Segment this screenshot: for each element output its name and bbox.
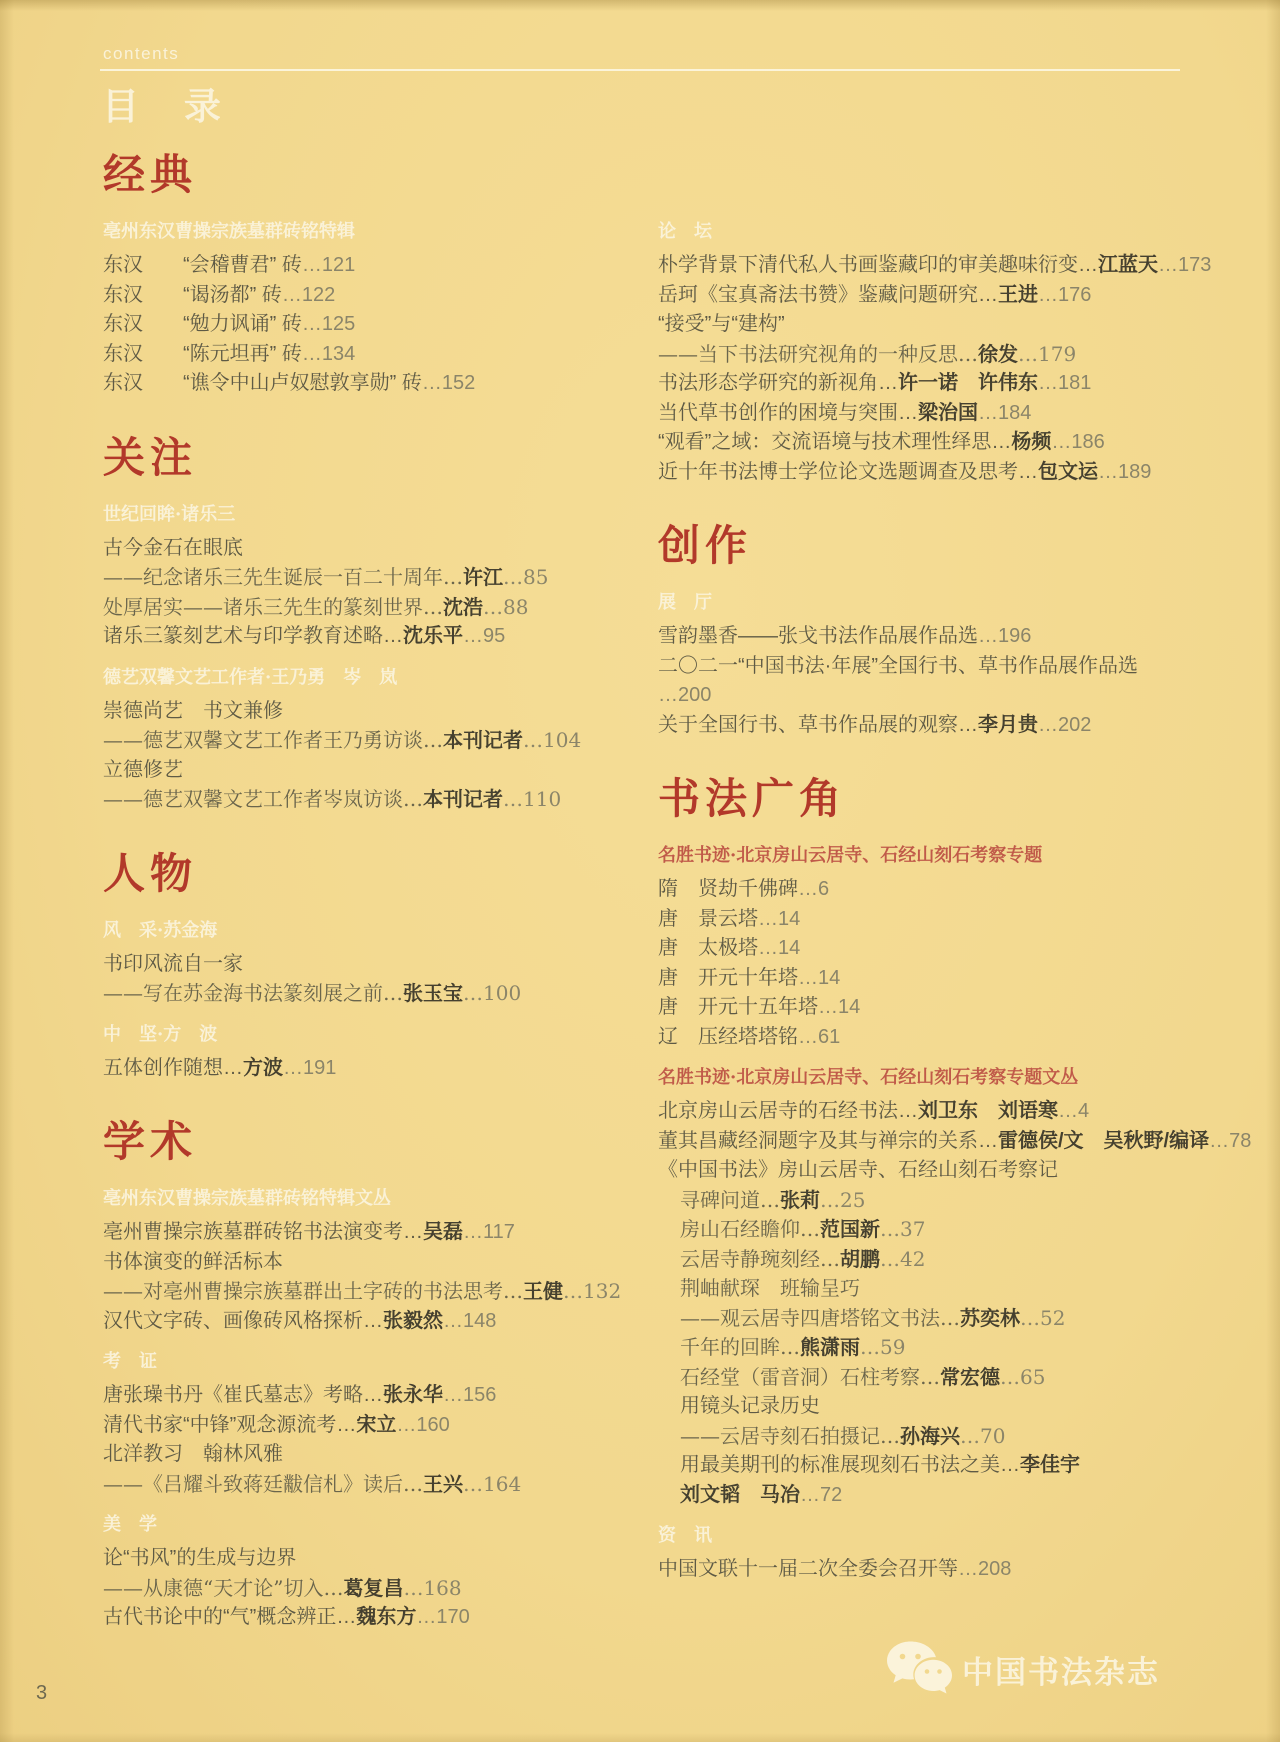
entry-page-number: …200 [658, 684, 711, 706]
entry-title: “观看”之域：交流语境与技术理性绎思… [658, 431, 1011, 453]
entry-title: 中国文联十一届二次全委会召开等 [658, 1558, 958, 1580]
entry-page-number: …148 [443, 1310, 496, 1332]
entry-title: ——观云居寺四唐塔铭文书法… [680, 1306, 960, 1330]
toc-column-right: 论 坛朴学背景下清代私人书画鉴藏印的审美趣味衍变…江蓝天…173岳珂《宝真斋法书… [658, 218, 1178, 1585]
entry-author: 江蓝天 [1098, 254, 1158, 276]
entry-title: 亳州曹操宗族墓群砖铭书法演变考… [103, 1221, 423, 1243]
toc-entry: 刘文韬 马冶…72 [658, 1481, 1178, 1511]
entry-author: 魏东方 [356, 1606, 416, 1628]
entry-author: 吴磊 [423, 1221, 463, 1243]
entry-title: 唐张璪书丹《崔氏墓志》考略… [103, 1384, 383, 1406]
entry-title: ——云居寺刻石拍摄记… [680, 1424, 900, 1448]
entry-title: 东汉 “陈元坦再” 砖 [103, 343, 302, 365]
entry-title: “接受”与“建构” [658, 313, 785, 335]
subsection-header: 亳州东汉曹操宗族墓群砖铭特辑 [103, 218, 663, 245]
entry-author: 刘文韬 马冶 [680, 1484, 800, 1506]
entry-title: 论“书风”的生成与边界 [103, 1547, 296, 1569]
entry-page-number: …164 [463, 1472, 521, 1496]
entry-title: 汉代文字砖、画像砖风格探析… [103, 1310, 383, 1332]
toc-entry: 二〇二一“中国书法·年展”全国行书、草书作品展作品选 [658, 652, 1178, 682]
entry-title: 关于全国行书、草书作品展的观察… [658, 714, 978, 736]
entry-page-number: …14 [758, 908, 800, 930]
entry-title: 唐 开元十五年塔 [658, 996, 818, 1018]
entry-page-number: …122 [282, 284, 335, 306]
section-header: 书法广角 [658, 770, 1178, 828]
entry-title: 立德修艺 [103, 759, 183, 781]
entry-author: 沈乐平 [403, 625, 463, 647]
subsection-header: 论 坛 [658, 218, 1178, 245]
entry-title: ——《吕耀斗致蒋廷黻信札》读后… [103, 1472, 423, 1496]
entry-page-number: …72 [800, 1484, 842, 1506]
entry-author: 包文运 [1038, 461, 1098, 483]
entry-page-number: …202 [1038, 714, 1091, 736]
header-rule [100, 69, 1180, 71]
entry-author: 许江 [463, 565, 503, 589]
entry-author: 张莉 [780, 1188, 820, 1212]
toc-entry: ——当下书法研究视角的一种反思…徐发…179 [658, 340, 1178, 370]
toc-entry: 诸乐三篆刻艺术与印学教育述略…沈乐平…95 [103, 622, 663, 652]
entry-page-number: …110 [503, 787, 561, 811]
entry-title: 用最美期刊的标准展现刻石书法之美… [680, 1454, 1020, 1476]
entry-title: 岳珂《宝真斋法书赞》鉴藏问题研究… [658, 284, 998, 306]
toc-entry: 五体创作随想…方波…191 [103, 1054, 663, 1084]
entry-page-number: …132 [563, 1279, 621, 1303]
entry-page-number: …186 [1051, 431, 1104, 453]
entry-title: 二〇二一“中国书法·年展”全国行书、草书作品展作品选 [658, 655, 1138, 677]
entry-title: 崇德尚艺 书文兼修 [103, 700, 283, 722]
entry-author: 孙海兴 [900, 1424, 960, 1448]
entry-author: 葛复昌 [343, 1576, 403, 1600]
toc-entry: ——云居寺刻石拍摄记…孙海兴…70 [658, 1422, 1178, 1452]
toc-entry: 用镜头记录历史 [658, 1392, 1178, 1422]
entry-page-number: …168 [403, 1576, 461, 1600]
entry-title: 处厚居实——诸乐三先生的篆刻世界… [103, 595, 443, 619]
brand: 中国书法杂志 [886, 1640, 1160, 1698]
toc-entry: ——德艺双馨文艺工作者岑岚访谈…本刊记者…110 [103, 785, 663, 815]
entry-title: 房山石经瞻仰… [680, 1217, 820, 1241]
entry-title: 隋 贤劫千佛碑 [658, 878, 798, 900]
entry-author: 雷德侯/文 吴秋野/编译 [998, 1130, 1209, 1152]
subsection-header: 中 坚·方 波 [103, 1021, 663, 1048]
page-title: 目 录 [102, 76, 237, 130]
entry-author: 李佳宇 [1020, 1454, 1080, 1476]
entry-page-number: …189 [1098, 461, 1151, 483]
toc-column-left: 经典亳州东汉曹操宗族墓群砖铭特辑东汉 “会稽曹君” 砖…121东汉 “谒汤都” … [103, 146, 663, 1633]
toc-entry: 北洋教习 翰林风雅 [103, 1440, 663, 1470]
entry-page-number: …156 [443, 1384, 496, 1406]
entry-page-number: …100 [463, 981, 521, 1005]
toc-entry: 中国文联十一届二次全委会召开等…208 [658, 1555, 1178, 1585]
subsection-header: 美 学 [103, 1511, 663, 1538]
toc-entry: ——德艺双馨文艺工作者王乃勇访谈…本刊记者…104 [103, 726, 663, 756]
entry-page-number: …176 [1038, 284, 1091, 306]
entry-title: 东汉 “会稽曹君” 砖 [103, 254, 302, 276]
entry-title: 朴学背景下清代私人书画鉴藏印的审美趣味衍变… [658, 254, 1098, 276]
toc-entry: 朴学背景下清代私人书画鉴藏印的审美趣味衍变…江蓝天…173 [658, 251, 1178, 281]
entry-page-number: …170 [416, 1606, 469, 1628]
entry-title: 石经堂（雷音洞）石柱考察… [680, 1365, 940, 1389]
toc-entry: 千年的回眸…熊潇雨…59 [658, 1333, 1178, 1363]
entry-page-number: …85 [503, 565, 548, 589]
subsection-header: 亳州东汉曹操宗族墓群砖铭特辑文丛 [103, 1185, 663, 1212]
toc-entry: 岳珂《宝真斋法书赞》鉴藏问题研究…王进…176 [658, 281, 1178, 311]
entry-page-number: …78 [1209, 1130, 1251, 1152]
entry-author: 熊潇雨 [800, 1335, 860, 1359]
subsection-header: 考 证 [103, 1348, 663, 1375]
entry-page-number: …25 [820, 1188, 865, 1212]
toc-entry: 东汉 “谒汤都” 砖…122 [103, 281, 663, 311]
toc-entry: 荆岫献琛 班输呈巧 [658, 1274, 1178, 1304]
wechat-icon [886, 1640, 952, 1698]
toc-entry: 古今金石在眼底 [103, 534, 663, 564]
entry-author: 沈浩 [443, 595, 483, 619]
entry-title: 唐 太极塔 [658, 937, 758, 959]
entry-title: 雪韵墨香——张戈书法作品展作品选 [658, 625, 978, 647]
entry-title: 东汉 “勉力讽诵” 砖 [103, 313, 302, 335]
entry-author: 胡鹏 [840, 1247, 880, 1271]
entry-title: 书印风流自一家 [103, 953, 243, 975]
entry-author: 张永华 [383, 1384, 443, 1406]
entry-author: 范国新 [820, 1217, 880, 1241]
entry-title: ——德艺双馨文艺工作者王乃勇访谈… [103, 728, 443, 752]
toc-entry: 东汉 “会稽曹君” 砖…121 [103, 251, 663, 281]
entry-author: 常宏德 [940, 1365, 1000, 1389]
contents-label: contents [103, 44, 179, 64]
entry-author: 王健 [523, 1279, 563, 1303]
entry-author: 苏奕林 [960, 1306, 1020, 1330]
toc-entry: 书印风流自一家 [103, 950, 663, 980]
toc-entry: 辽 压经塔塔铭…61 [658, 1023, 1178, 1053]
section-header: 人物 [103, 845, 663, 903]
section-header: 关注 [103, 429, 663, 487]
entry-title: 近十年书法博士学位论文选题调查及思考… [658, 461, 1038, 483]
subsection-header: 风 采·苏金海 [103, 917, 663, 944]
toc-entry: 唐 景云塔…14 [658, 905, 1178, 935]
toc-entry: 崇德尚艺 书文兼修 [103, 697, 663, 727]
entry-author: 本刊记者 [423, 787, 503, 811]
entry-page-number: …65 [1000, 1365, 1045, 1389]
entry-title: 荆岫献琛 班输呈巧 [680, 1276, 860, 1300]
entry-title: 北京房山云居寺的石经书法… [658, 1100, 918, 1122]
entry-page-number: …184 [978, 402, 1031, 424]
toc-entry: ——写在苏金海书法篆刻展之前…张玉宝…100 [103, 979, 663, 1009]
entry-author: 王进 [998, 284, 1038, 306]
toc-entry: 东汉 “陈元坦再” 砖…134 [103, 340, 663, 370]
subsection-header: 名胜书迹·北京房山云居寺、石经山刻石考察专题文丛 [658, 1064, 1178, 1091]
entry-page-number: …121 [302, 254, 355, 276]
entry-page-number: …179 [1018, 342, 1076, 366]
entry-title: ——德艺双馨文艺工作者岑岚访谈… [103, 787, 423, 811]
entry-title: ——当下书法研究视角的一种反思… [658, 342, 978, 366]
toc-entry: 隋 贤劫千佛碑…6 [658, 875, 1178, 905]
entry-title: ——对亳州曹操宗族墓群出土字砖的书法思考… [103, 1279, 523, 1303]
toc-entry: 寻碑问道…张莉…25 [658, 1186, 1178, 1216]
toc-entry: 用最美期刊的标准展现刻石书法之美…李佳宇 [658, 1451, 1178, 1481]
toc-entry: 书体演变的鲜活标本 [103, 1248, 663, 1278]
toc-entry: 《中国书法》房山云居寺、石经山刻石考察记 [658, 1156, 1178, 1186]
entry-page-number: …42 [880, 1247, 925, 1271]
entry-title: 东汉 “谒汤都” 砖 [103, 284, 282, 306]
entry-page-number: …125 [302, 313, 355, 335]
toc-entry: 唐张璪书丹《崔氏墓志》考略…张永华…156 [103, 1381, 663, 1411]
entry-page-number: …152 [422, 372, 475, 394]
toc-entry: 亳州曹操宗族墓群砖铭书法演变考…吴磊…117 [103, 1218, 663, 1248]
toc-entry: ——《吕耀斗致蒋廷黻信札》读后…王兴…164 [103, 1470, 663, 1500]
subsection-header: 德艺双馨文艺工作者·王乃勇 岑 岚 [103, 664, 663, 691]
entry-title: 五体创作随想… [103, 1057, 243, 1079]
entry-author: 本刊记者 [443, 728, 523, 752]
toc-entry: 关于全国行书、草书作品展的观察…李月贵…202 [658, 711, 1178, 741]
entry-title: 《中国书法》房山云居寺、石经山刻石考察记 [658, 1159, 1058, 1181]
entry-title: ——写在苏金海书法篆刻展之前… [103, 981, 403, 1005]
toc-entry: “观看”之域：交流语境与技术理性绎思…杨频…186 [658, 428, 1178, 458]
entry-page-number: …14 [798, 967, 840, 989]
toc-entry: 书法形态学研究的新视角…许一诺 许伟东…181 [658, 369, 1178, 399]
entry-title: 书体演变的鲜活标本 [103, 1251, 283, 1273]
toc-entry: 东汉 “勉力讽诵” 砖…125 [103, 310, 663, 340]
entry-page-number: …70 [960, 1424, 1005, 1448]
toc-entry: 清代书家“中锋”观念源流考…宋立…160 [103, 1411, 663, 1441]
entry-title: 诸乐三篆刻艺术与印学教育述略… [103, 625, 403, 647]
entry-page-number: …14 [818, 996, 860, 1018]
entry-title: 董其昌藏经洞题字及其与禅宗的关系… [658, 1130, 998, 1152]
entry-title: ——从康德“天才论”切入… [103, 1576, 343, 1600]
entry-page-number: …52 [1020, 1306, 1065, 1330]
toc-entry: 唐 太极塔…14 [658, 934, 1178, 964]
toc-entry: 唐 开元十五年塔…14 [658, 993, 1178, 1023]
entry-author: 张毅然 [383, 1310, 443, 1332]
entry-title: 东汉 “谯令中山卢奴慰敦享勋” 砖 [103, 372, 422, 394]
entry-author: 杨频 [1011, 431, 1051, 453]
entry-author: 徐发 [978, 342, 1018, 366]
entry-title: 辽 压经塔塔铭 [658, 1026, 798, 1048]
toc-entry: ——纪念诸乐三先生诞辰一百二十周年…许江…85 [103, 563, 663, 593]
section-header: 经典 [103, 146, 663, 204]
entry-title: 古今金石在眼底 [103, 537, 243, 559]
entry-author: 李月贵 [978, 714, 1038, 736]
entry-author: 许一诺 许伟东 [898, 372, 1038, 394]
entry-page-number: …173 [1158, 254, 1211, 276]
toc-entry: 雪韵墨香——张戈书法作品展作品选…196 [658, 622, 1178, 652]
entry-author: 王兴 [423, 1472, 463, 1496]
entry-page-number: …37 [880, 1217, 925, 1241]
entry-title: 当代草书创作的困境与突围… [658, 402, 918, 424]
toc-entry: 北京房山云居寺的石经书法…刘卫东 刘语寒…4 [658, 1097, 1178, 1127]
entry-title: 云居寺静琬刻经… [680, 1247, 840, 1271]
toc-entry: 董其昌藏经洞题字及其与禅宗的关系…雷德侯/文 吴秋野/编译…78 [658, 1127, 1178, 1157]
toc-entry: ——从康德“天才论”切入…葛复昌…168 [103, 1574, 663, 1604]
entry-author: 方波 [243, 1057, 283, 1079]
toc-entry: 石经堂（雷音洞）石柱考察…常宏德…65 [658, 1363, 1178, 1393]
entry-title: ——纪念诸乐三先生诞辰一百二十周年… [103, 565, 463, 589]
page-number: 3 [36, 1682, 47, 1705]
entry-author: 宋立 [356, 1414, 396, 1436]
entry-title: 书法形态学研究的新视角… [658, 372, 898, 394]
entry-page-number: …196 [978, 625, 1031, 647]
entry-page-number: …4 [1058, 1100, 1089, 1122]
entry-title: 千年的回眸… [680, 1335, 800, 1359]
toc-entry: 立德修艺 [103, 756, 663, 786]
entry-page-number: …134 [302, 343, 355, 365]
entry-page-number: …95 [463, 625, 505, 647]
toc-entry: 房山石经瞻仰…范国新…37 [658, 1215, 1178, 1245]
entry-title: 唐 开元十年塔 [658, 967, 798, 989]
entry-page-number: …14 [758, 937, 800, 959]
entry-page-number: …61 [798, 1026, 840, 1048]
section-header: 创作 [658, 517, 1178, 575]
toc-entry: 唐 开元十年塔…14 [658, 964, 1178, 994]
subsection-header: 资 讯 [658, 1522, 1178, 1549]
toc-entry: 当代草书创作的困境与突围…梁治国…184 [658, 399, 1178, 429]
entry-page-number: …208 [958, 1558, 1011, 1580]
entry-author: 张玉宝 [403, 981, 463, 1005]
entry-title: 古代书论中的“气”概念辨正… [103, 1606, 356, 1628]
entry-page-number: …117 [463, 1221, 515, 1243]
entry-page-number: …160 [396, 1414, 449, 1436]
entry-page-number: …181 [1038, 372, 1091, 394]
entry-page-number: …88 [483, 595, 528, 619]
entry-title: 唐 景云塔 [658, 908, 758, 930]
entry-title: 北洋教习 翰林风雅 [103, 1443, 283, 1465]
entry-author: 刘卫东 刘语寒 [918, 1100, 1058, 1122]
entry-title: 用镜头记录历史 [680, 1395, 820, 1417]
toc-entry: …200 [658, 681, 1178, 711]
entry-title: 清代书家“中锋”观念源流考… [103, 1414, 356, 1436]
brand-name: 中国书法杂志 [962, 1647, 1160, 1692]
subsection-header: 展 厅 [658, 589, 1178, 616]
entry-author: 梁治国 [918, 402, 978, 424]
toc-entry: “接受”与“建构” [658, 310, 1178, 340]
entry-page-number: …59 [860, 1335, 905, 1359]
toc-entry: 东汉 “谯令中山卢奴慰敦享勋” 砖…152 [103, 369, 663, 399]
entry-title: 寻碑问道… [680, 1188, 780, 1212]
magazine-toc-page: { "page": { "contents_label": "contents"… [0, 0, 1280, 1742]
toc-entry: ——观云居寺四唐塔铭文书法…苏奕林…52 [658, 1304, 1178, 1334]
entry-page-number: …6 [798, 878, 829, 900]
toc-entry: 论“书风”的生成与边界 [103, 1544, 663, 1574]
toc-entry: 近十年书法博士学位论文选题调查及思考…包文运…189 [658, 458, 1178, 488]
toc-entry: 古代书论中的“气”概念辨正…魏东方…170 [103, 1603, 663, 1633]
subsection-header: 世纪回眸·诸乐三 [103, 501, 663, 528]
toc-entry: ——对亳州曹操宗族墓群出土字砖的书法思考…王健…132 [103, 1277, 663, 1307]
toc-entry: 汉代文字砖、画像砖风格探析…张毅然…148 [103, 1307, 663, 1337]
section-header: 学术 [103, 1113, 663, 1171]
entry-page-number: …104 [523, 728, 581, 752]
entry-page-number: …191 [283, 1057, 336, 1079]
subsection-header: 名胜书迹·北京房山云居寺、石经山刻石考察专题 [658, 842, 1178, 869]
toc-entry: 云居寺静琬刻经…胡鹏…42 [658, 1245, 1178, 1275]
toc-entry: 处厚居实——诸乐三先生的篆刻世界…沈浩…88 [103, 593, 663, 623]
